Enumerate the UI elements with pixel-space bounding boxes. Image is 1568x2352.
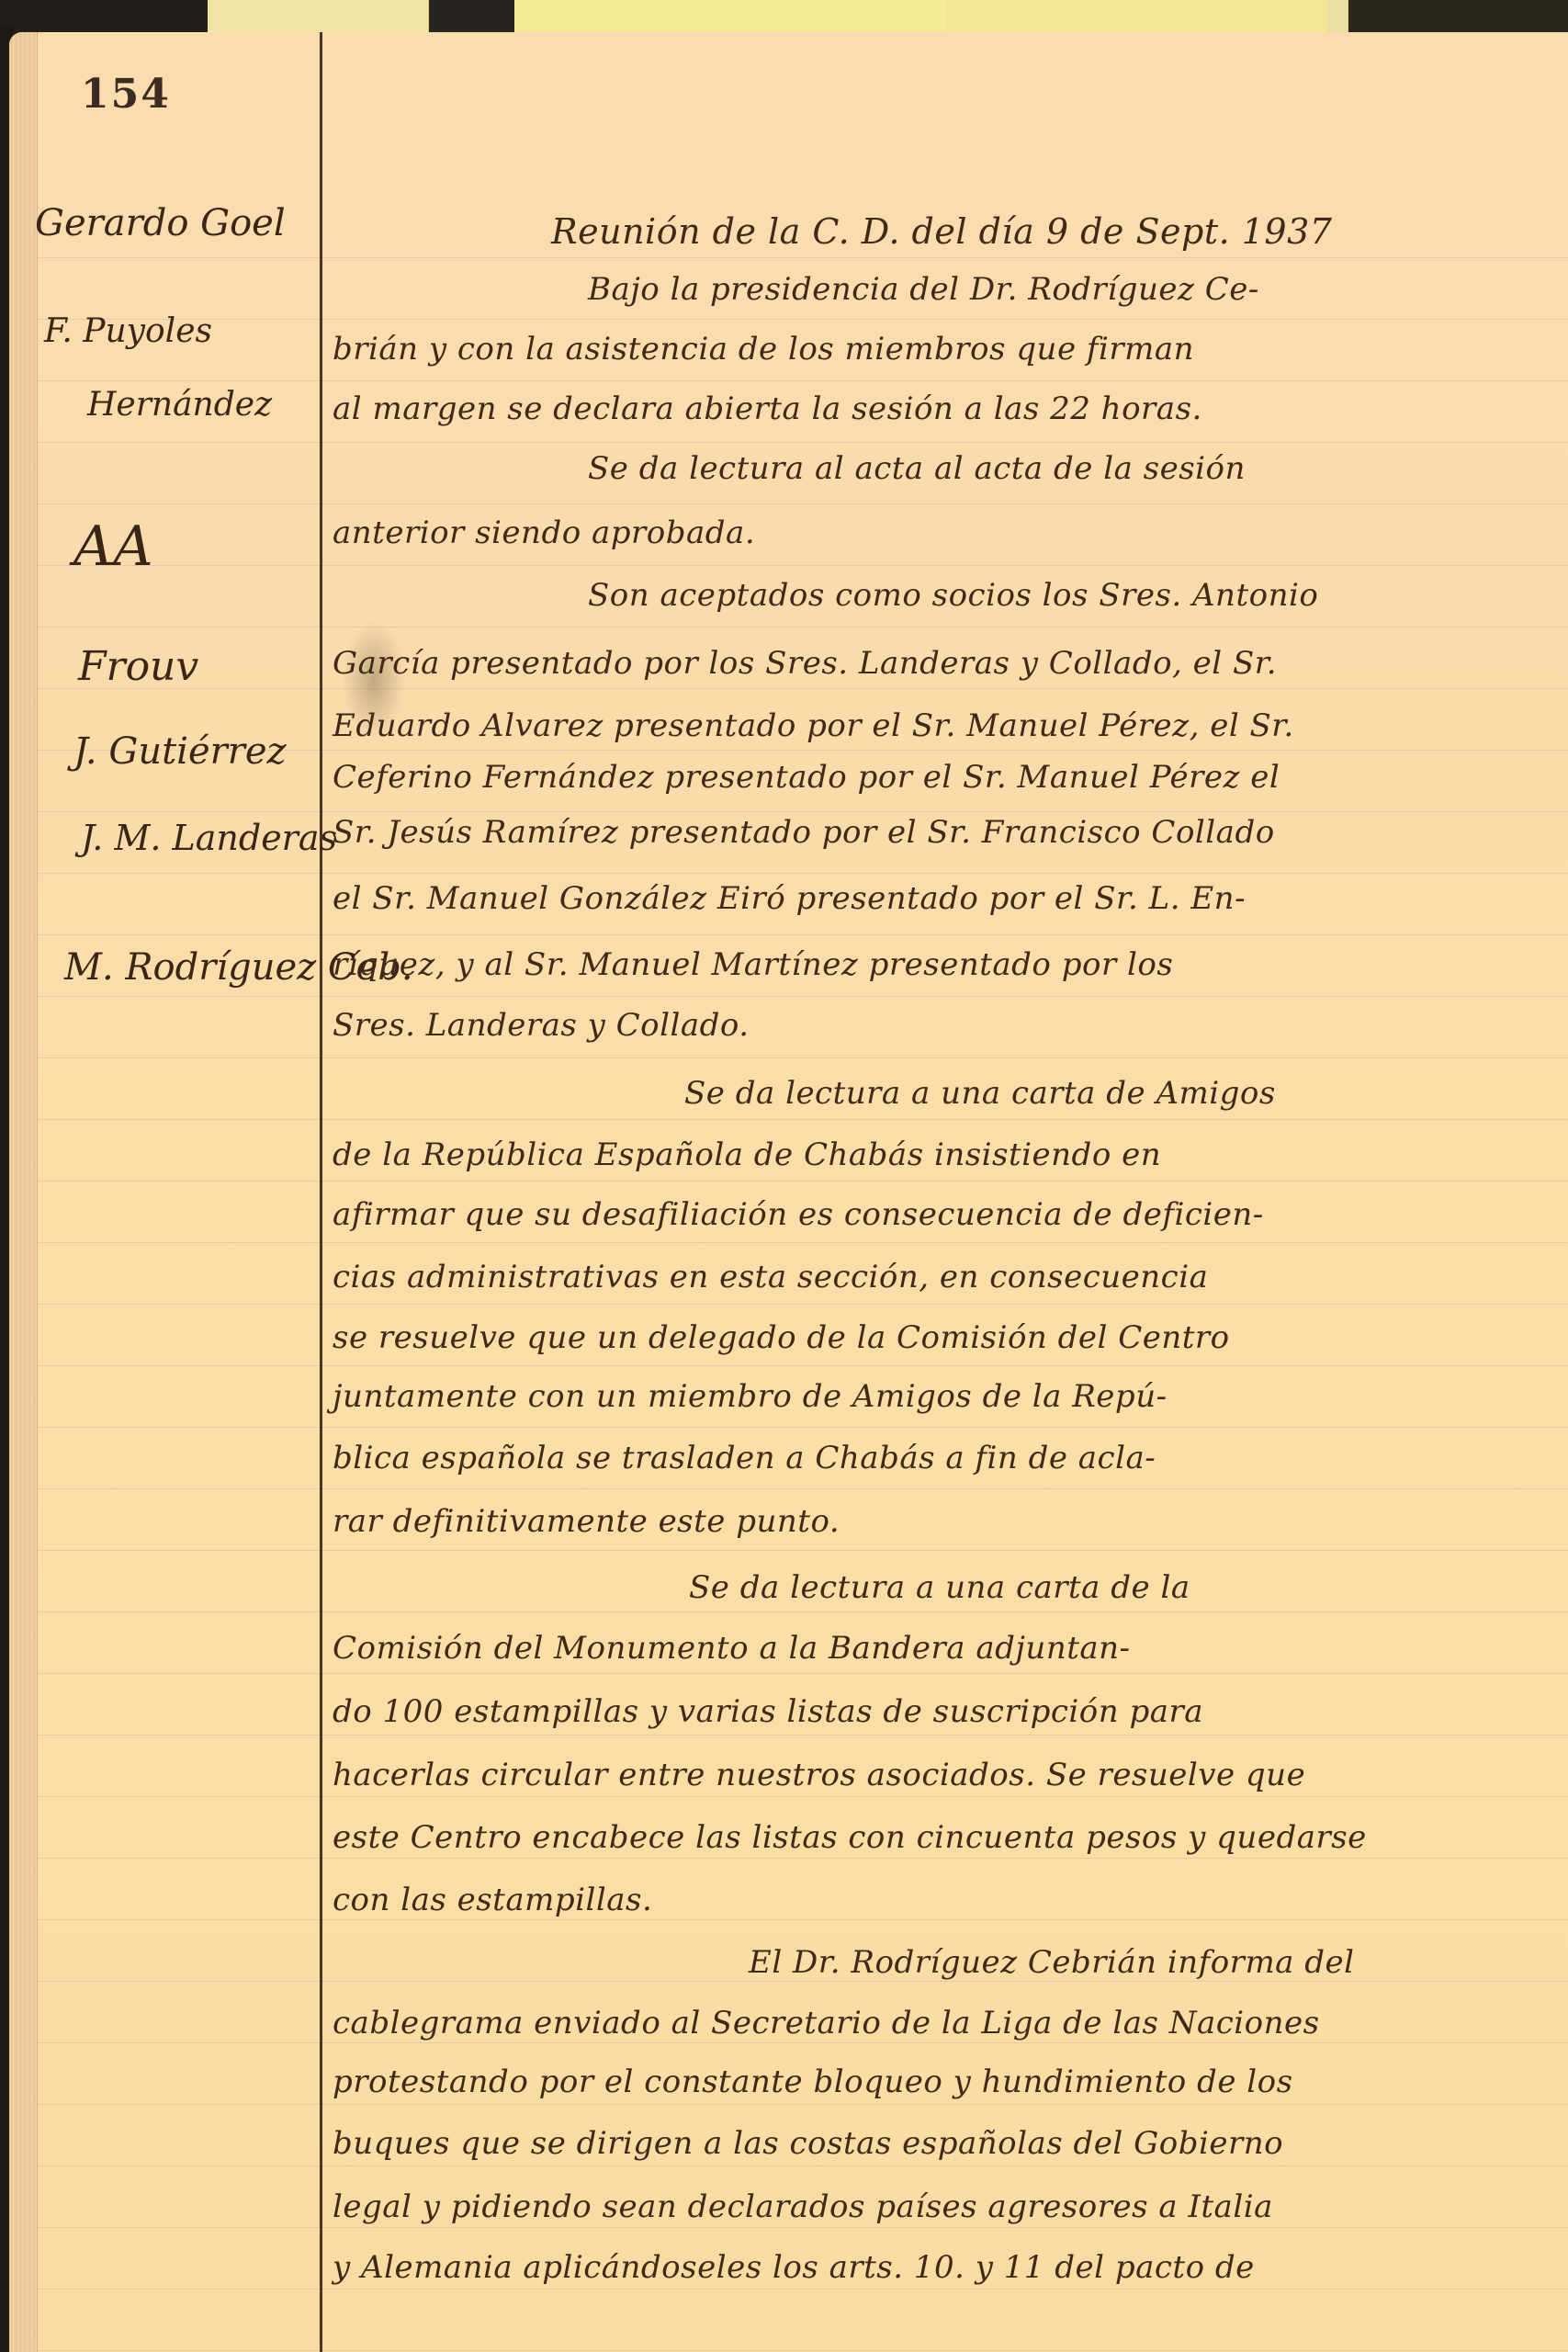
ruled-line — [37, 627, 1568, 628]
ruled-line — [37, 1057, 1568, 1058]
ruled-line — [37, 2165, 1568, 2166]
book-cover-background-right — [1337, 0, 1568, 28]
ruled-line — [37, 934, 1568, 935]
minutes-line: legal y pidiendo sean declarados países … — [333, 2188, 1273, 2225]
minutes-line: con las estampillas. — [333, 1882, 652, 1918]
minutes-line: cablegrama enviado al Secretario de la L… — [333, 2005, 1320, 2041]
ruled-line — [37, 1304, 1568, 1305]
minutes-line: Sr. Jesús Ramírez presentado por el Sr. … — [333, 814, 1275, 851]
minutes-line: al margen se declara abierta la sesión a… — [333, 390, 1202, 427]
sticky-note-tab — [1327, 0, 1348, 37]
ruled-line — [37, 1181, 1568, 1182]
ruled-line — [37, 996, 1568, 997]
sticky-note-tab — [514, 0, 947, 37]
ruled-line — [37, 1796, 1568, 1797]
minutes-line: García presentado por los Sres. Landeras… — [333, 645, 1277, 682]
signature: J. Gutiérrez — [73, 730, 287, 773]
signature: AA — [73, 514, 153, 579]
minutes-line: protestando por el constante bloqueo y h… — [333, 2064, 1293, 2100]
ruled-line — [37, 2227, 1568, 2228]
ruled-line — [37, 1427, 1568, 1428]
ruled-line — [37, 2350, 1568, 2351]
minutes-line: buques que se dirigen a las costas españ… — [333, 2125, 1283, 2162]
ruled-line — [37, 1242, 1568, 1243]
sticky-note-tab — [946, 0, 1342, 37]
minutes-line: Se da lectura a una carta de la — [689, 1569, 1190, 1606]
ruled-line — [37, 1673, 1568, 1674]
ruled-line — [37, 1735, 1568, 1736]
ruled-line — [37, 1611, 1568, 1612]
ruled-line — [37, 1981, 1568, 1982]
signature: Gerardo Goel — [35, 202, 286, 244]
minutes-line: Bajo la presidencia del Dr. Rodríguez Ce… — [588, 271, 1259, 308]
margin-line — [320, 32, 322, 2352]
ruled-line — [37, 319, 1568, 320]
ruled-line — [37, 1919, 1568, 1920]
ruled-line — [37, 688, 1568, 689]
ruled-line — [37, 1858, 1568, 1859]
minutes-line: blica española se trasladen a Chabás a f… — [333, 1440, 1156, 1476]
minutes-line: brián y con la asistencia de los miembro… — [333, 331, 1194, 367]
signature: Frouv — [78, 643, 198, 690]
ruled-line — [37, 2042, 1568, 2043]
ruled-line — [37, 380, 1568, 381]
ruled-line — [37, 2289, 1568, 2290]
signature: Hernández — [87, 386, 272, 424]
minutes-line: y Alemania aplicándoseles los arts. 10. … — [333, 2249, 1255, 2286]
ruled-line — [37, 565, 1568, 566]
ruled-line — [37, 811, 1568, 812]
page-number: 154 — [81, 71, 171, 118]
ledger-page: 154 Gerardo GoelF. PuyolesHernándezAAFro… — [9, 32, 1568, 2352]
minutes-line: El Dr. Rodríguez Cebrián informa del — [749, 1944, 1355, 1981]
minutes-line: de la República Española de Chabás insis… — [333, 1136, 1161, 1173]
minutes-line: Comisión del Monumento a la Bandera adju… — [333, 1630, 1131, 1667]
minutes-line: Son aceptados como socios los Sres. Anto… — [588, 577, 1318, 614]
signature: J. M. Landeras — [81, 818, 337, 858]
minutes-line: Sres. Landeras y Collado. — [333, 1007, 750, 1044]
ruled-line — [37, 1550, 1568, 1551]
minutes-title: Reunión de la C. D. del día 9 de Sept. 1… — [551, 211, 1332, 252]
ruled-line — [37, 2104, 1568, 2105]
minutes-line: se resuelve que un delegado de la Comisi… — [333, 1319, 1230, 1356]
minutes-line: Se da lectura al acta al acta de la sesi… — [588, 450, 1246, 487]
signature: F. Puyoles — [44, 312, 212, 350]
ruled-line — [37, 257, 1568, 258]
ruled-line — [37, 1119, 1568, 1120]
minutes-line: Se da lectura a una carta de Amigos — [684, 1075, 1276, 1112]
page-edge-stack — [9, 32, 38, 2352]
minutes-line: hacerlas circular entre nuestros asociad… — [333, 1757, 1305, 1793]
ruled-line — [37, 873, 1568, 874]
minutes-line: juntamente con un miembro de Amigos de l… — [333, 1378, 1168, 1415]
minutes-line: Eduardo Alvarez presentado por el Sr. Ma… — [333, 707, 1294, 744]
ruled-line — [37, 1488, 1568, 1489]
ruled-line — [37, 442, 1568, 443]
sticky-note-tab — [208, 0, 429, 37]
minutes-line: afirmar que su desafiliación es consecue… — [333, 1196, 1264, 1233]
minutes-line: Ceferino Fernández presentado por el Sr.… — [333, 759, 1280, 796]
minutes-line: el Sr. Manuel González Eiró presentado p… — [333, 880, 1246, 917]
ruled-line — [37, 1365, 1568, 1366]
minutes-line: rar definitivamente este punto. — [333, 1503, 840, 1540]
minutes-line: do 100 estampillas y varias listas de su… — [333, 1693, 1203, 1730]
minutes-line: este Centro encabece las listas con cinc… — [333, 1819, 1367, 1856]
minutes-line: ríquez, y al Sr. Manuel Martínez present… — [333, 946, 1173, 983]
ruled-line — [37, 503, 1568, 504]
minutes-line: anterior siendo aprobada. — [333, 514, 755, 551]
minutes-line: cias administrativas en esta sección, en… — [333, 1259, 1208, 1295]
